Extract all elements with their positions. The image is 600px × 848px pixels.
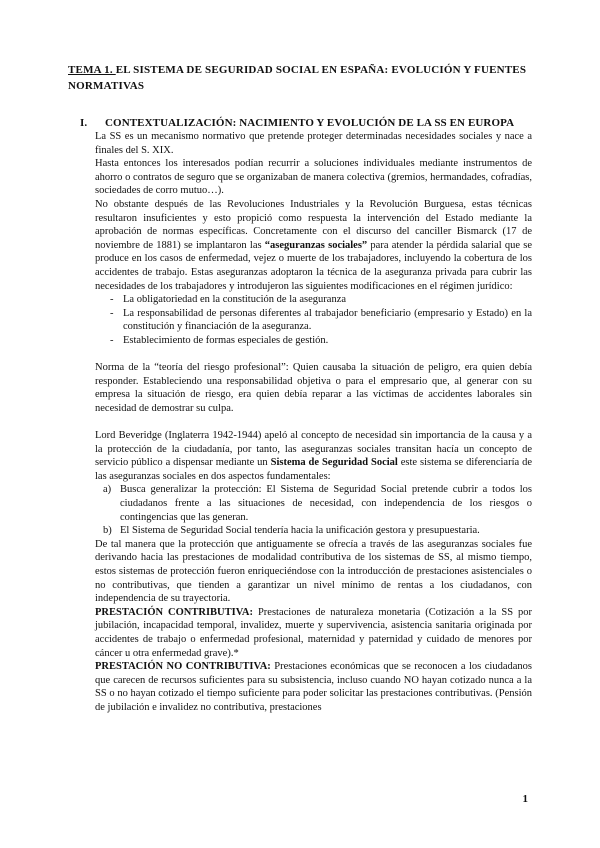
paragraph-beveridge: Lord Beveridge (Inglaterra 1942-1944) ap… [95,429,532,483]
list-item-text: La responsabilidad de personas diferente… [123,307,532,334]
dash-marker: - [110,307,123,334]
list-item-text: Establecimiento de formas especiales de … [123,334,532,348]
list-item: b) El Sistema de Seguridad Social tender… [95,524,532,538]
letter-marker: a) [103,483,120,524]
list-item: - La obligatoriedad en la constitución d… [95,293,532,307]
title-tema-label: TEMA 1. [68,64,116,76]
section-heading: I. CONTEXTUALIZACIÓN: NACIMIENTO Y EVOLU… [80,116,532,130]
dash-marker: - [110,334,123,348]
paragraph-prestacion-contributiva: PRESTACIÓN CONTRIBUTIVA: Prestaciones de… [95,606,532,660]
paragraph-prestacion-no-contributiva: PRESTACIÓN NO CONTRIBUTIVA: Prestaciones… [95,660,532,714]
sistema-seguridad-social-bold: Sistema de Seguridad Social [271,457,398,468]
document-page: TEMA 1. EL SISTEMA DE SEGURIDAD SOCIAL E… [0,0,600,848]
list-item-text: La obligatoriedad en la constitución de … [123,293,532,307]
paragraph-intro: La SS es un mecanismo normativo que pret… [95,130,532,157]
page-number: 1 [523,793,529,806]
prestacion-no-contributiva-label: PRESTACIÓN NO CONTRIBUTIVA: [95,661,274,672]
paragraph-derivando: De tal manera que la protección que anti… [95,538,532,606]
prestacion-contributiva-label: PRESTACIÓN CONTRIBUTIVA: [95,607,258,618]
list-item-text: Busca generalizar la protección: El Sist… [120,483,532,524]
aseguranzas-sociales-bold: “aseguranzas sociales” [265,240,367,251]
letter-marker: b) [103,524,120,538]
list-item: - Establecimiento de formas especiales d… [95,334,532,348]
blank-line [95,348,532,362]
section-number: I. [80,116,105,130]
list-item: - La responsabilidad de personas diferen… [95,307,532,334]
list-item-text: El Sistema de Seguridad Social tendería … [120,524,532,538]
document-body: La SS es un mecanismo normativo que pret… [95,130,532,715]
list-item: a) Busca generalizar la protección: El S… [95,483,532,524]
section-heading-text: CONTEXTUALIZACIÓN: NACIMIENTO Y EVOLUCIÓ… [105,116,532,130]
paragraph-hasta-entonces: Hasta entonces los interesados podían re… [95,157,532,198]
dash-marker: - [110,293,123,307]
lettered-list: a) Busca generalizar la protección: El S… [95,483,532,537]
dash-list: - La obligatoriedad en la constitución d… [95,293,532,347]
title-main-text: EL SISTEMA DE SEGURIDAD SOCIAL EN ESPAÑA… [68,64,526,92]
document-title: TEMA 1. EL SISTEMA DE SEGURIDAD SOCIAL E… [68,63,532,94]
paragraph-bismarck: No obstante después de las Revoluciones … [95,198,532,293]
paragraph-teoria-riesgo: Norma de la “teoría del riesgo profesion… [95,361,532,415]
blank-line [95,415,532,429]
